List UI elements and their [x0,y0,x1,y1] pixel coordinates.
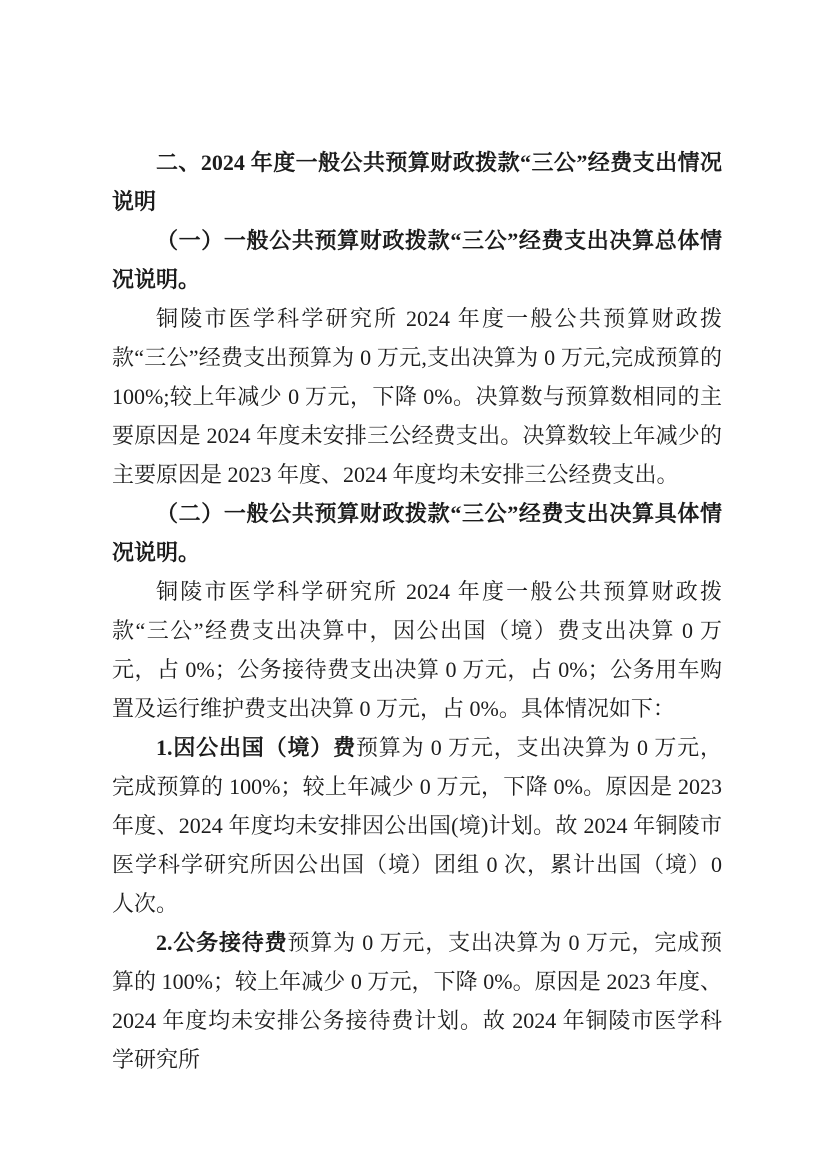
item-overseas-travel-text: 预算为 0 万元，支出决算为 0 万元，完成预算的 100%；较上年减少 0 万… [112,735,722,916]
paragraph-overall-situation: 铜陵市医学科学研究所 2024 年度一般公共预算财政拨款“三公”经费支出预算为 … [112,299,722,494]
item-official-reception-expense: 2.公务接待费预算为 0 万元，支出决算为 0 万元，完成预算的 100%；较上… [112,923,722,1079]
paragraph-specific-situation: 铜陵市医学科学研究所 2024 年度一般公共预算财政拨款“三公”经费支出决算中，… [112,572,722,728]
item-official-reception-label: 2.公务接待费 [156,930,287,955]
section-heading-three-public-expenses: 二、2024 年度一般公共预算财政拨款“三公”经费支出情况说明 [112,143,722,221]
document-page: 二、2024 年度一般公共预算财政拨款“三公”经费支出情况说明 （一）一般公共预… [0,0,826,1169]
subsection-heading-overall-situation: （一）一般公共预算财政拨款“三公”经费支出决算总体情况说明。 [112,221,722,299]
subsection-heading-specific-situation: （二）一般公共预算财政拨款“三公”经费支出决算具体情况说明。 [112,494,722,572]
item-overseas-travel-label: 1.因公出国（境）费 [156,735,356,760]
item-overseas-travel-expense: 1.因公出国（境）费预算为 0 万元，支出决算为 0 万元，完成预算的 100%… [112,728,722,923]
